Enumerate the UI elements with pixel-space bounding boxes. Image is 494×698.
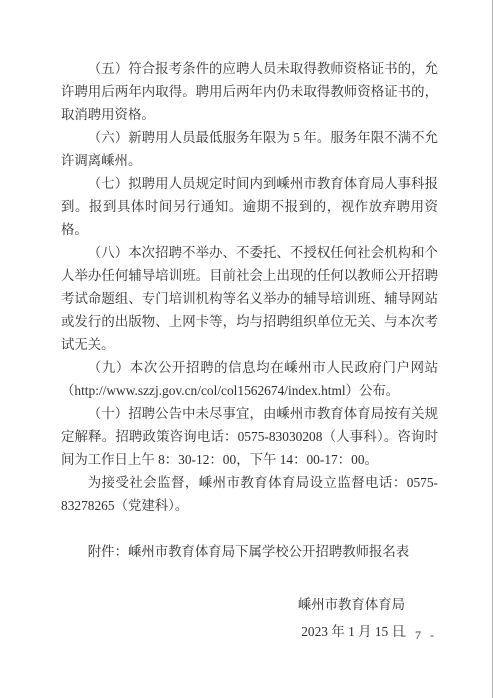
paragraph-clause-6: （六）新聘用人员最低服务年限为 5 年。服务年限不满不允许调离嵊州。 (61, 126, 438, 172)
issue-date: 2023 年 1 月 15 日 (61, 618, 405, 645)
document-page: （五）符合报考条件的应聘人员未取得教师资格证书的，允许聘用后两年内取得。聘用后两… (0, 0, 494, 698)
scan-edge-line (492, 0, 493, 698)
issuer-name: 嵊州市教育体育局 (61, 591, 405, 618)
paragraph-clause-5: （五）符合报考条件的应聘人员未取得教师资格证书的，允许聘用后两年内取得。聘用后两… (61, 57, 438, 126)
paragraph-supervision: 为接受社会监督，嵊州市教育体育局设立监督电话：0575-83278265（党建科… (61, 471, 438, 517)
page-number: - 7 - (402, 628, 437, 643)
signature-block: 嵊州市教育体育局 2023 年 1 月 15 日 (61, 591, 438, 645)
attachment-line: 附件：嵊州市教育体育局下属学校公开招聘教师报名表 (61, 540, 438, 563)
paragraph-clause-9: （九）本次公开招聘的信息均在嵊州市人民政府门户网站（http://www.szz… (61, 356, 438, 402)
document-body: （五）符合报考条件的应聘人员未取得教师资格证书的，允许聘用后两年内取得。聘用后两… (61, 57, 438, 645)
paragraph-clause-7: （七）拟聘用人员规定时间内到嵊州市教育体育局人事科报到。报到具体时间另行通知。逾… (61, 172, 438, 241)
paragraph-clause-10: （十）招聘公告中未尽事宜，由嵊州市教育体育局按有关规定解释。招聘政策咨询电话：0… (61, 402, 438, 471)
paragraph-clause-8: （八）本次招聘不举办、不委托、不授权任何社会机构和个人举办任何辅导培训班。目前社… (61, 241, 438, 356)
